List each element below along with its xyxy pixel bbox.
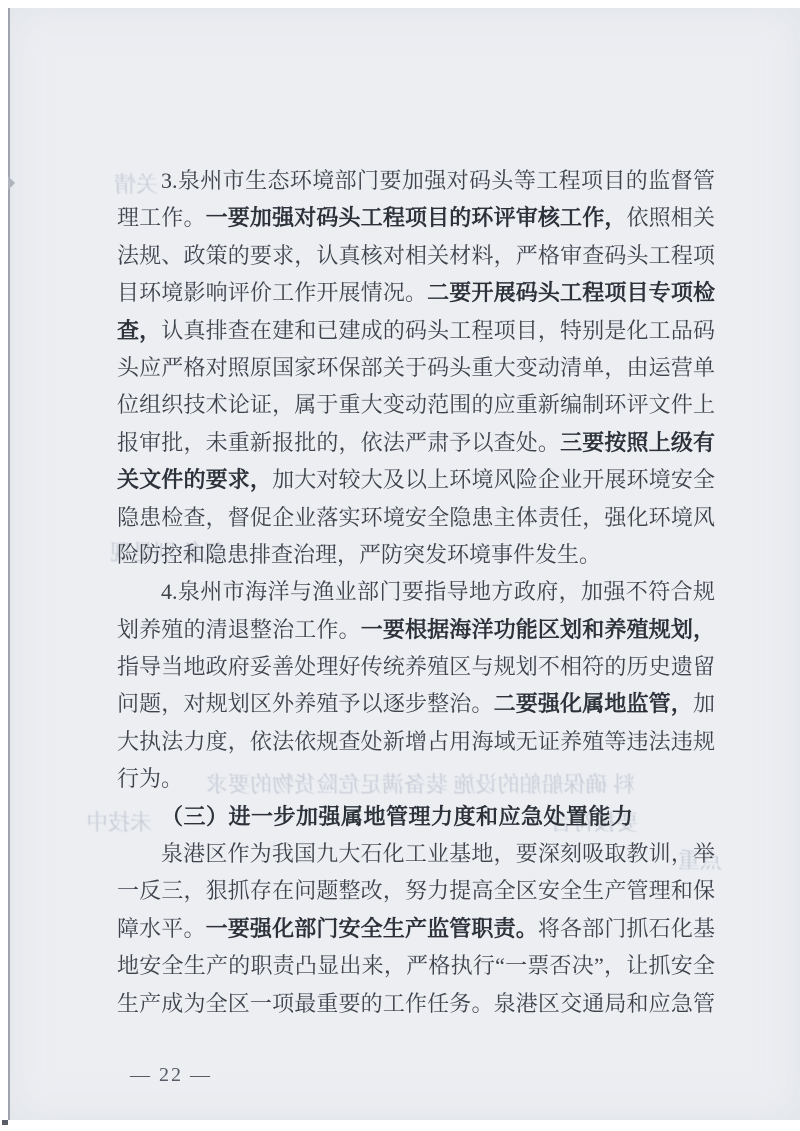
- text-line: 理工作。一要加强对码头工程项目的环评审核工作，依照相关: [117, 199, 715, 236]
- section-heading: （三）进一步加强属地管理力度和应急处置能力: [117, 798, 715, 835]
- text-segment: 加: [693, 691, 715, 716]
- text-line: 关文件的要求，加大对较大及以上环境风险企业开展环境安全: [117, 461, 715, 498]
- text-segment: 二要强化属地监管，: [494, 691, 693, 716]
- text-segment: 险防控和隐患排查治理，严防突发环境事件发生。: [117, 542, 601, 567]
- text-line: 障水平。一要强化部门安全生产监管职责。将各部门抓石化基: [117, 910, 715, 947]
- text-line: 生产成为全区一项最重要的工作任务。泉港区交通局和应急管: [117, 985, 715, 1022]
- text-segment: 目环境影响评价工作开展情况。: [117, 280, 427, 305]
- text-segment: 一要加强对码头工程项目的环评审核工作，: [206, 205, 627, 230]
- text-segment: 行为。: [117, 766, 183, 791]
- scan-mark: [2, 1120, 8, 1125]
- text-line: 险防控和隐患排查治理，严防突发环境事件发生。: [117, 536, 715, 573]
- text-segment: 隐患检查，督促企业落实环境安全隐患主体责任，强化环境风: [117, 505, 715, 530]
- text-segment: 三要按照上级有: [560, 430, 715, 455]
- text-line: 指导当地政府妥善处理好传统养殖区与规划不相符的历史遗留: [117, 648, 715, 685]
- text-segment: 认真排查在建和已建成的码头工程项目，特别是化工品码: [161, 318, 715, 343]
- text-segment: 泉港区作为我国九大石化工业基地，要深刻吸取教训，举: [161, 841, 715, 866]
- text-line: 4.泉州市海洋与渔业部门要指导地方政府，加强不符合规: [117, 573, 715, 610]
- text-segment: 一要根据海洋功能区划和养殖规划，: [361, 617, 715, 642]
- text-segment: 大执法力度，依法依规查处新增占用海域无证养殖等违法违规: [117, 729, 715, 754]
- text-segment: 头应严格对照原国家环保部关于码头重大变动清单，由运营单: [117, 355, 715, 380]
- text-line: 一反三，狠抓存在问题整改，努力提高全区安全生产管理和保: [117, 872, 715, 909]
- text-block: 3.泉州市生态环境部门要加强对码头等工程项目的监督管理工作。一要加强对码头工程项…: [117, 162, 715, 1022]
- text-line: 行为。: [117, 760, 715, 797]
- text-line: 目环境影响评价工作开展情况。二要开展码头工程项目专项检: [117, 274, 715, 311]
- text-segment: 生产成为全区一项最重要的工作任务。泉港区交通局和应急管: [117, 991, 715, 1016]
- text-line: 3.泉州市生态环境部门要加强对码头等工程项目的监督管: [117, 162, 715, 199]
- text-segment: 查，: [117, 318, 161, 343]
- text-segment: 问题，对规划区外养殖予以逐步整治。: [117, 691, 494, 716]
- text-line: 泉港区作为我国九大石化工业基地，要深刻吸取教训，举: [117, 835, 715, 872]
- text-segment: 3.泉州市生态环境部门要加强对码头等工程项目的监督管: [161, 168, 715, 193]
- document-page: 关情氧条 别是现料 确保船舶的设施 装备满足危险货物的要求未技中要按符合点重 3…: [8, 8, 800, 1120]
- text-line: 划养殖的清退整治工作。一要根据海洋功能区划和养殖规划，: [117, 611, 715, 648]
- text-segment: 二要开展码头工程项目专项检: [427, 280, 715, 305]
- text-line: 问题，对规划区外养殖予以逐步整治。二要强化属地监管，加: [117, 685, 715, 722]
- text-segment: 障水平。: [117, 916, 206, 941]
- text-line: 查，认真排查在建和已建成的码头工程项目，特别是化工品码: [117, 312, 715, 349]
- text-segment: 指导当地政府妥善处理好传统养殖区与规划不相符的历史遗留: [117, 654, 715, 679]
- text-line: 地安全生产的职责凸显出来，严格执行“一票否决”，让抓安全: [117, 947, 715, 984]
- text-segment: 关文件的要求，: [117, 467, 272, 492]
- page-number: — 22 —: [106, 1064, 236, 1087]
- text-segment: 法规、政策的要求，认真核对相关材料，严格审查码头工程项: [117, 243, 715, 268]
- text-segment: 将各部门抓石化基: [538, 916, 715, 941]
- screenshot-root: { "page": { "number_label": "— 22 —", "b…: [0, 0, 800, 1131]
- text-segment: 一反三，狠抓存在问题整改，努力提高全区安全生产管理和保: [117, 878, 715, 903]
- text-segment: 报审批，未重新报批的，依法严肃予以查处。: [117, 430, 560, 455]
- text-segment: 依照相关: [627, 205, 715, 230]
- text-segment: 加大对较大及以上环境风险企业开展环境安全: [272, 467, 715, 492]
- text-line: 位组织技术论证，属于重大变动范围的应重新编制环评文件上: [117, 386, 715, 423]
- text-line: 隐患检查，督促企业落实环境安全隐患主体责任，强化环境风: [117, 499, 715, 536]
- text-segment: 一要强化部门安全生产监管职责。: [206, 916, 538, 941]
- text-line: 大执法力度，依法依规查处新增占用海域无证养殖等违法违规: [117, 723, 715, 760]
- text-segment: 位组织技术论证，属于重大变动范围的应重新编制环评文件上: [117, 392, 715, 417]
- text-line: 头应严格对照原国家环保部关于码头重大变动清单，由运营单: [117, 349, 715, 386]
- text-segment: 理工作。: [117, 205, 206, 230]
- text-line: 法规、政策的要求，认真核对相关材料，严格审查码头工程项: [117, 237, 715, 274]
- text-segment: 4.泉州市海洋与渔业部门要指导地方政府，加强不符合规: [161, 579, 715, 604]
- text-line: 报审批，未重新报批的，依法严肃予以查处。三要按照上级有: [117, 424, 715, 461]
- text-segment: 划养殖的清退整治工作。: [117, 617, 361, 642]
- text-segment: （三）进一步加强属地管理力度和应急处置能力: [161, 804, 634, 829]
- text-segment: 地安全生产的职责凸显出来，严格执行“一票否决”，让抓安全: [117, 953, 715, 978]
